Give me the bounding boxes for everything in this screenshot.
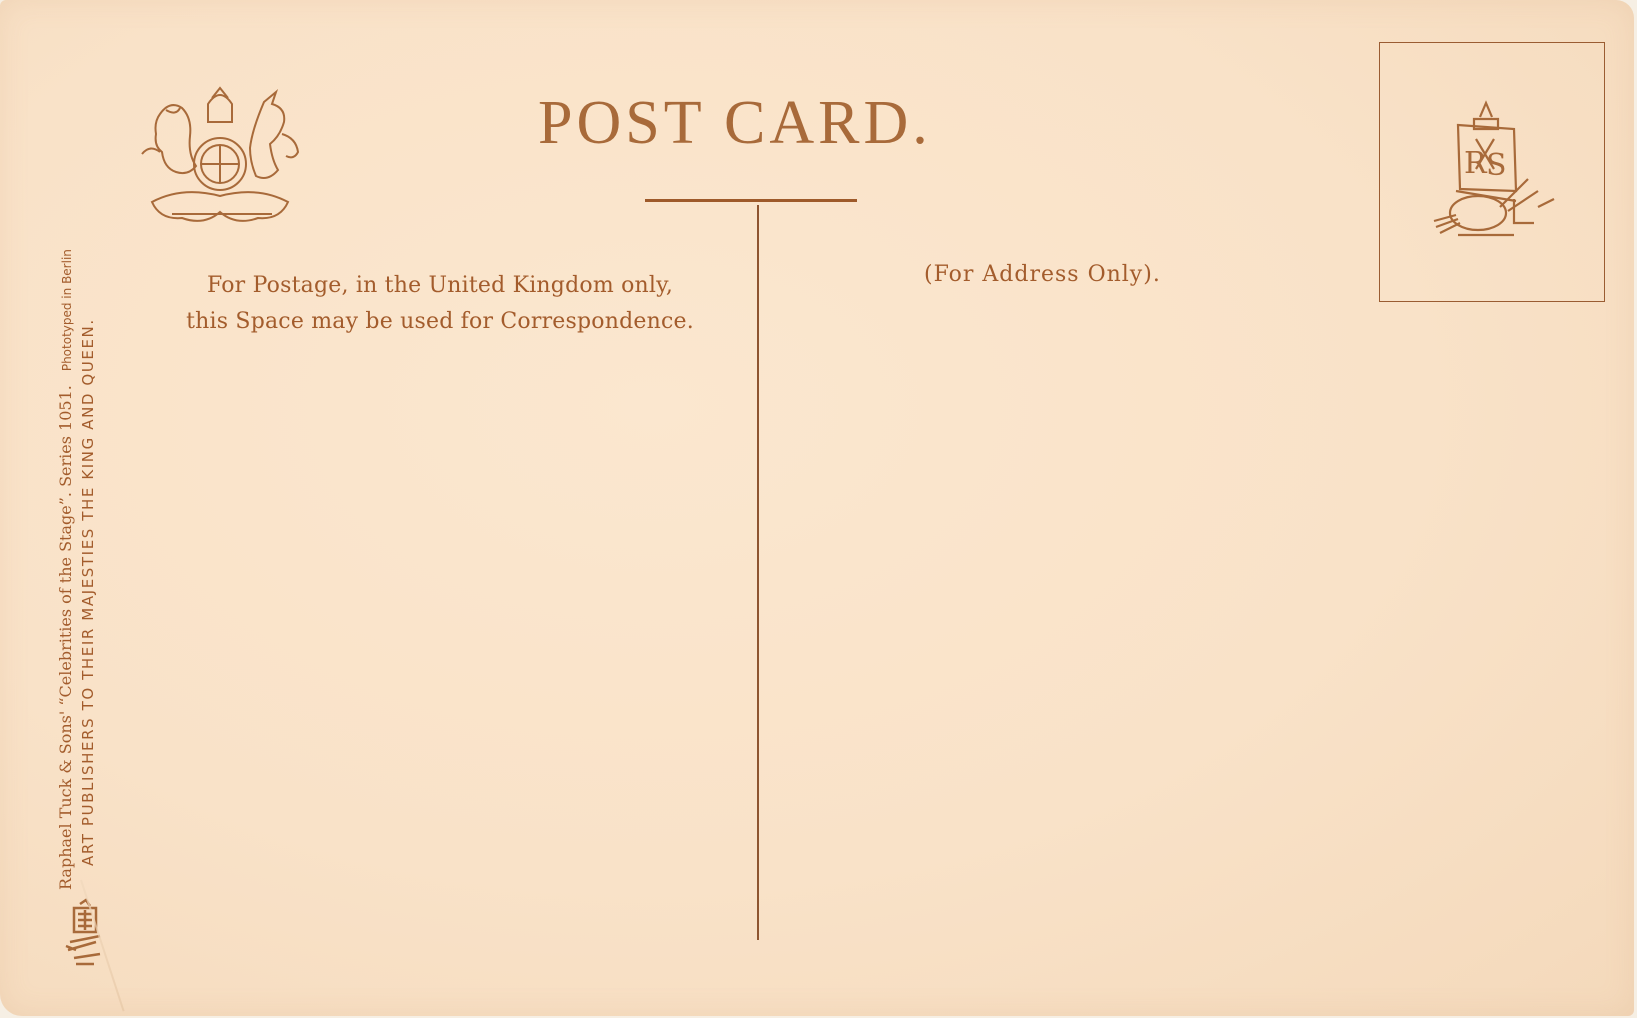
imprint-line-2: ART PUBLISHERS TO THEIR MAJESTIES THE KI… xyxy=(77,249,99,866)
address-label: (For Address Only). xyxy=(924,262,1161,287)
small-easel-logo-icon xyxy=(64,898,106,968)
correspondence-line-2: this Space may be used for Correspondenc… xyxy=(130,304,750,340)
postcard-back: POST CARD. For Postage, in the United Ki… xyxy=(0,0,1634,1016)
svg-text:S: S xyxy=(1486,148,1507,183)
correspondence-note: For Postage, in the United Kingdom only,… xyxy=(130,268,750,340)
royal-coat-of-arms-icon xyxy=(132,84,308,232)
title-rule xyxy=(645,199,857,202)
imprint-phototyped-text: Phototyped in Berlin xyxy=(60,249,74,371)
imprint-line-1: Raphael Tuck & Sons' “Celebrities of the… xyxy=(55,249,77,890)
publisher-imprint: Raphael Tuck & Sons' “Celebrities of the… xyxy=(55,249,99,890)
rts-easel-logo-icon: R S xyxy=(1428,95,1558,245)
imprint-series-text: Raphael Tuck & Sons' “Celebrities of the… xyxy=(56,385,75,890)
correspondence-line-1: For Postage, in the United Kingdom only, xyxy=(130,268,750,304)
postcard-title: POST CARD. xyxy=(538,92,932,154)
divider-line xyxy=(757,205,759,940)
